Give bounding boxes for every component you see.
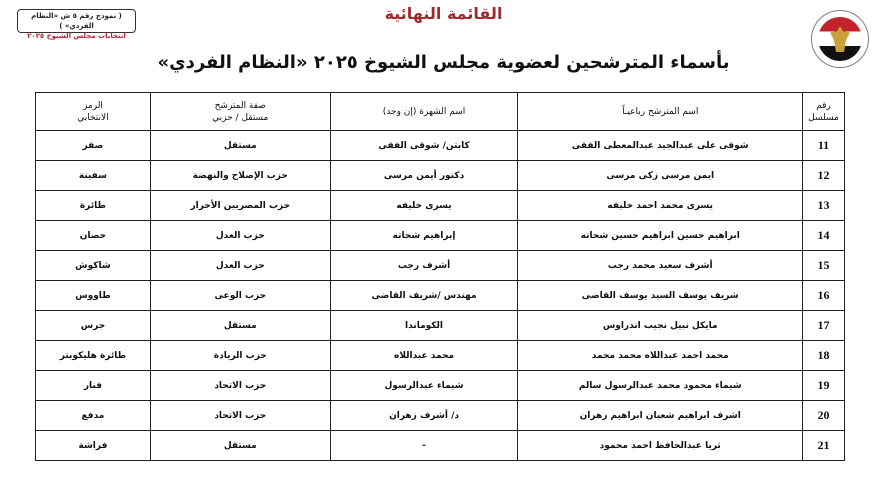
cell-serial: 19 xyxy=(803,371,845,401)
cell-type: حزب الوعى xyxy=(150,281,330,311)
header-label-2: مسلسل xyxy=(807,112,840,124)
cell-nickname: مهندس /شريف القاضى xyxy=(330,281,518,311)
cell-serial: 21 xyxy=(803,431,845,461)
cell-type: حزب العدل xyxy=(150,251,330,281)
cell-name: ابراهيم حسين ابراهيم حسين شحاته xyxy=(518,221,803,251)
column-header-serial: رقم مسلسل xyxy=(803,93,845,131)
cell-nickname: الكوماندا xyxy=(330,311,518,341)
cell-nickname: إبراهيم شحاته xyxy=(330,221,518,251)
cell-serial: 17 xyxy=(803,311,845,341)
cell-serial: 18 xyxy=(803,341,845,371)
cell-name: شوقى على عبدالجيد عبدالمعطى الفقى xyxy=(518,131,803,161)
cell-name: يسرى محمد احمد خليفه xyxy=(518,191,803,221)
cell-serial: 14 xyxy=(803,221,845,251)
cell-name: أشرف سعيد محمد رجب xyxy=(518,251,803,281)
cell-name: ثريا عبدالحافظ احمد محمود xyxy=(518,431,803,461)
cell-type: حزب العدل xyxy=(150,221,330,251)
table-header-row: رقم مسلسل اسم المترشح رباعيـاً اسم الشهر… xyxy=(36,93,845,131)
cell-symbol: طائرة xyxy=(36,191,151,221)
cell-type: حزب المصريين الأحرار xyxy=(150,191,330,221)
header-label: اسم الشهرة (إن وجد) xyxy=(335,106,514,118)
table-row: 12 ايمن مرسى زكى مرسى دكتور أيمن مرسى حز… xyxy=(36,161,845,191)
column-header-type: صفة المترشح مستقل / حزبي xyxy=(150,93,330,131)
cell-nickname: - xyxy=(330,431,518,461)
document-subtitle: بأسماء المترشحين لعضوية مجلس الشيوخ ٢٠٢٥… xyxy=(0,52,887,73)
table-row: 11 شوقى على عبدالجيد عبدالمعطى الفقى كاب… xyxy=(36,131,845,161)
cell-type: حزب الإصلاح والنهضة xyxy=(150,161,330,191)
form-number-line2: انتخابات مجلس الشيوخ ٢٠٢٥ xyxy=(18,31,135,41)
page-title: القائمة النهائية xyxy=(0,4,887,23)
cell-type: مستقل xyxy=(150,131,330,161)
cell-symbol: حصان xyxy=(36,221,151,251)
cell-type: مستقل xyxy=(150,311,330,341)
column-header-name: اسم المترشح رباعيـاً xyxy=(518,93,803,131)
header-label: صفة المترشح xyxy=(155,100,326,112)
cell-serial: 16 xyxy=(803,281,845,311)
cell-symbol: طاووس xyxy=(36,281,151,311)
header-label-2: مستقل / حزبي xyxy=(155,112,326,124)
table-row: 15 أشرف سعيد محمد رجب أشرف رجب حزب العدل… xyxy=(36,251,845,281)
header-label: الرمز xyxy=(40,100,146,112)
cell-serial: 13 xyxy=(803,191,845,221)
cell-name: شيماء محمود محمد عبدالرسول سالم xyxy=(518,371,803,401)
cell-symbol: فنار xyxy=(36,371,151,401)
cell-serial: 12 xyxy=(803,161,845,191)
cell-symbol: سفينة xyxy=(36,161,151,191)
cell-nickname: يسرى خليفه xyxy=(330,191,518,221)
cell-nickname: د/ أشرف زهران xyxy=(330,401,518,431)
table-row: 17 مايكل نبيل نجيب اندراوس الكوماندا مست… xyxy=(36,311,845,341)
cell-symbol: صقر xyxy=(36,131,151,161)
header-label: رقم xyxy=(807,100,840,112)
cell-symbol: مدفع xyxy=(36,401,151,431)
candidates-table: رقم مسلسل اسم المترشح رباعيـاً اسم الشهر… xyxy=(35,92,845,461)
cell-name: اشرف ابراهيم شعبان ابراهيم زهران xyxy=(518,401,803,431)
table-row: 16 شريف يوسف السيد يوسف القاضى مهندس /شر… xyxy=(36,281,845,311)
cell-symbol: شاكوش xyxy=(36,251,151,281)
cell-symbol: طائرة هليكوبتر xyxy=(36,341,151,371)
table-row: 20 اشرف ابراهيم شعبان ابراهيم زهران د/ أ… xyxy=(36,401,845,431)
table-row: 21 ثريا عبدالحافظ احمد محمود - مستقل فرا… xyxy=(36,431,845,461)
cell-type: حزب الريادة xyxy=(150,341,330,371)
table-row: 19 شيماء محمود محمد عبدالرسول سالم شيماء… xyxy=(36,371,845,401)
cell-nickname: دكتور أيمن مرسى xyxy=(330,161,518,191)
cell-name: مايكل نبيل نجيب اندراوس xyxy=(518,311,803,341)
header-label: اسم المترشح رباعيـاً xyxy=(522,106,798,118)
cell-type: حزب الاتحاد xyxy=(150,371,330,401)
cell-name: محمد احمد عبداللاه محمد محمد xyxy=(518,341,803,371)
cell-serial: 15 xyxy=(803,251,845,281)
table-row: 13 يسرى محمد احمد خليفه يسرى خليفه حزب ا… xyxy=(36,191,845,221)
table-row: 18 محمد احمد عبداللاه محمد محمد محمد عبد… xyxy=(36,341,845,371)
cell-serial: 20 xyxy=(803,401,845,431)
cell-type: حزب الاتحاد xyxy=(150,401,330,431)
cell-nickname: كابتن/ شوقى الفقى xyxy=(330,131,518,161)
cell-name: شريف يوسف السيد يوسف القاضى xyxy=(518,281,803,311)
column-header-symbol: الرمز الانتخابي xyxy=(36,93,151,131)
header-label-2: الانتخابي xyxy=(40,112,146,124)
cell-nickname: شيماء عبدالرسول xyxy=(330,371,518,401)
eagle-emblem-icon xyxy=(830,26,850,52)
cell-type: مستقل xyxy=(150,431,330,461)
cell-symbol: فراشة xyxy=(36,431,151,461)
column-header-nickname: اسم الشهرة (إن وجد) xyxy=(330,93,518,131)
cell-serial: 11 xyxy=(803,131,845,161)
cell-symbol: جرس xyxy=(36,311,151,341)
cell-nickname: محمد عبداللاه xyxy=(330,341,518,371)
cell-nickname: أشرف رجب xyxy=(330,251,518,281)
cell-name: ايمن مرسى زكى مرسى xyxy=(518,161,803,191)
table-row: 14 ابراهيم حسين ابراهيم حسين شحاته إبراه… xyxy=(36,221,845,251)
